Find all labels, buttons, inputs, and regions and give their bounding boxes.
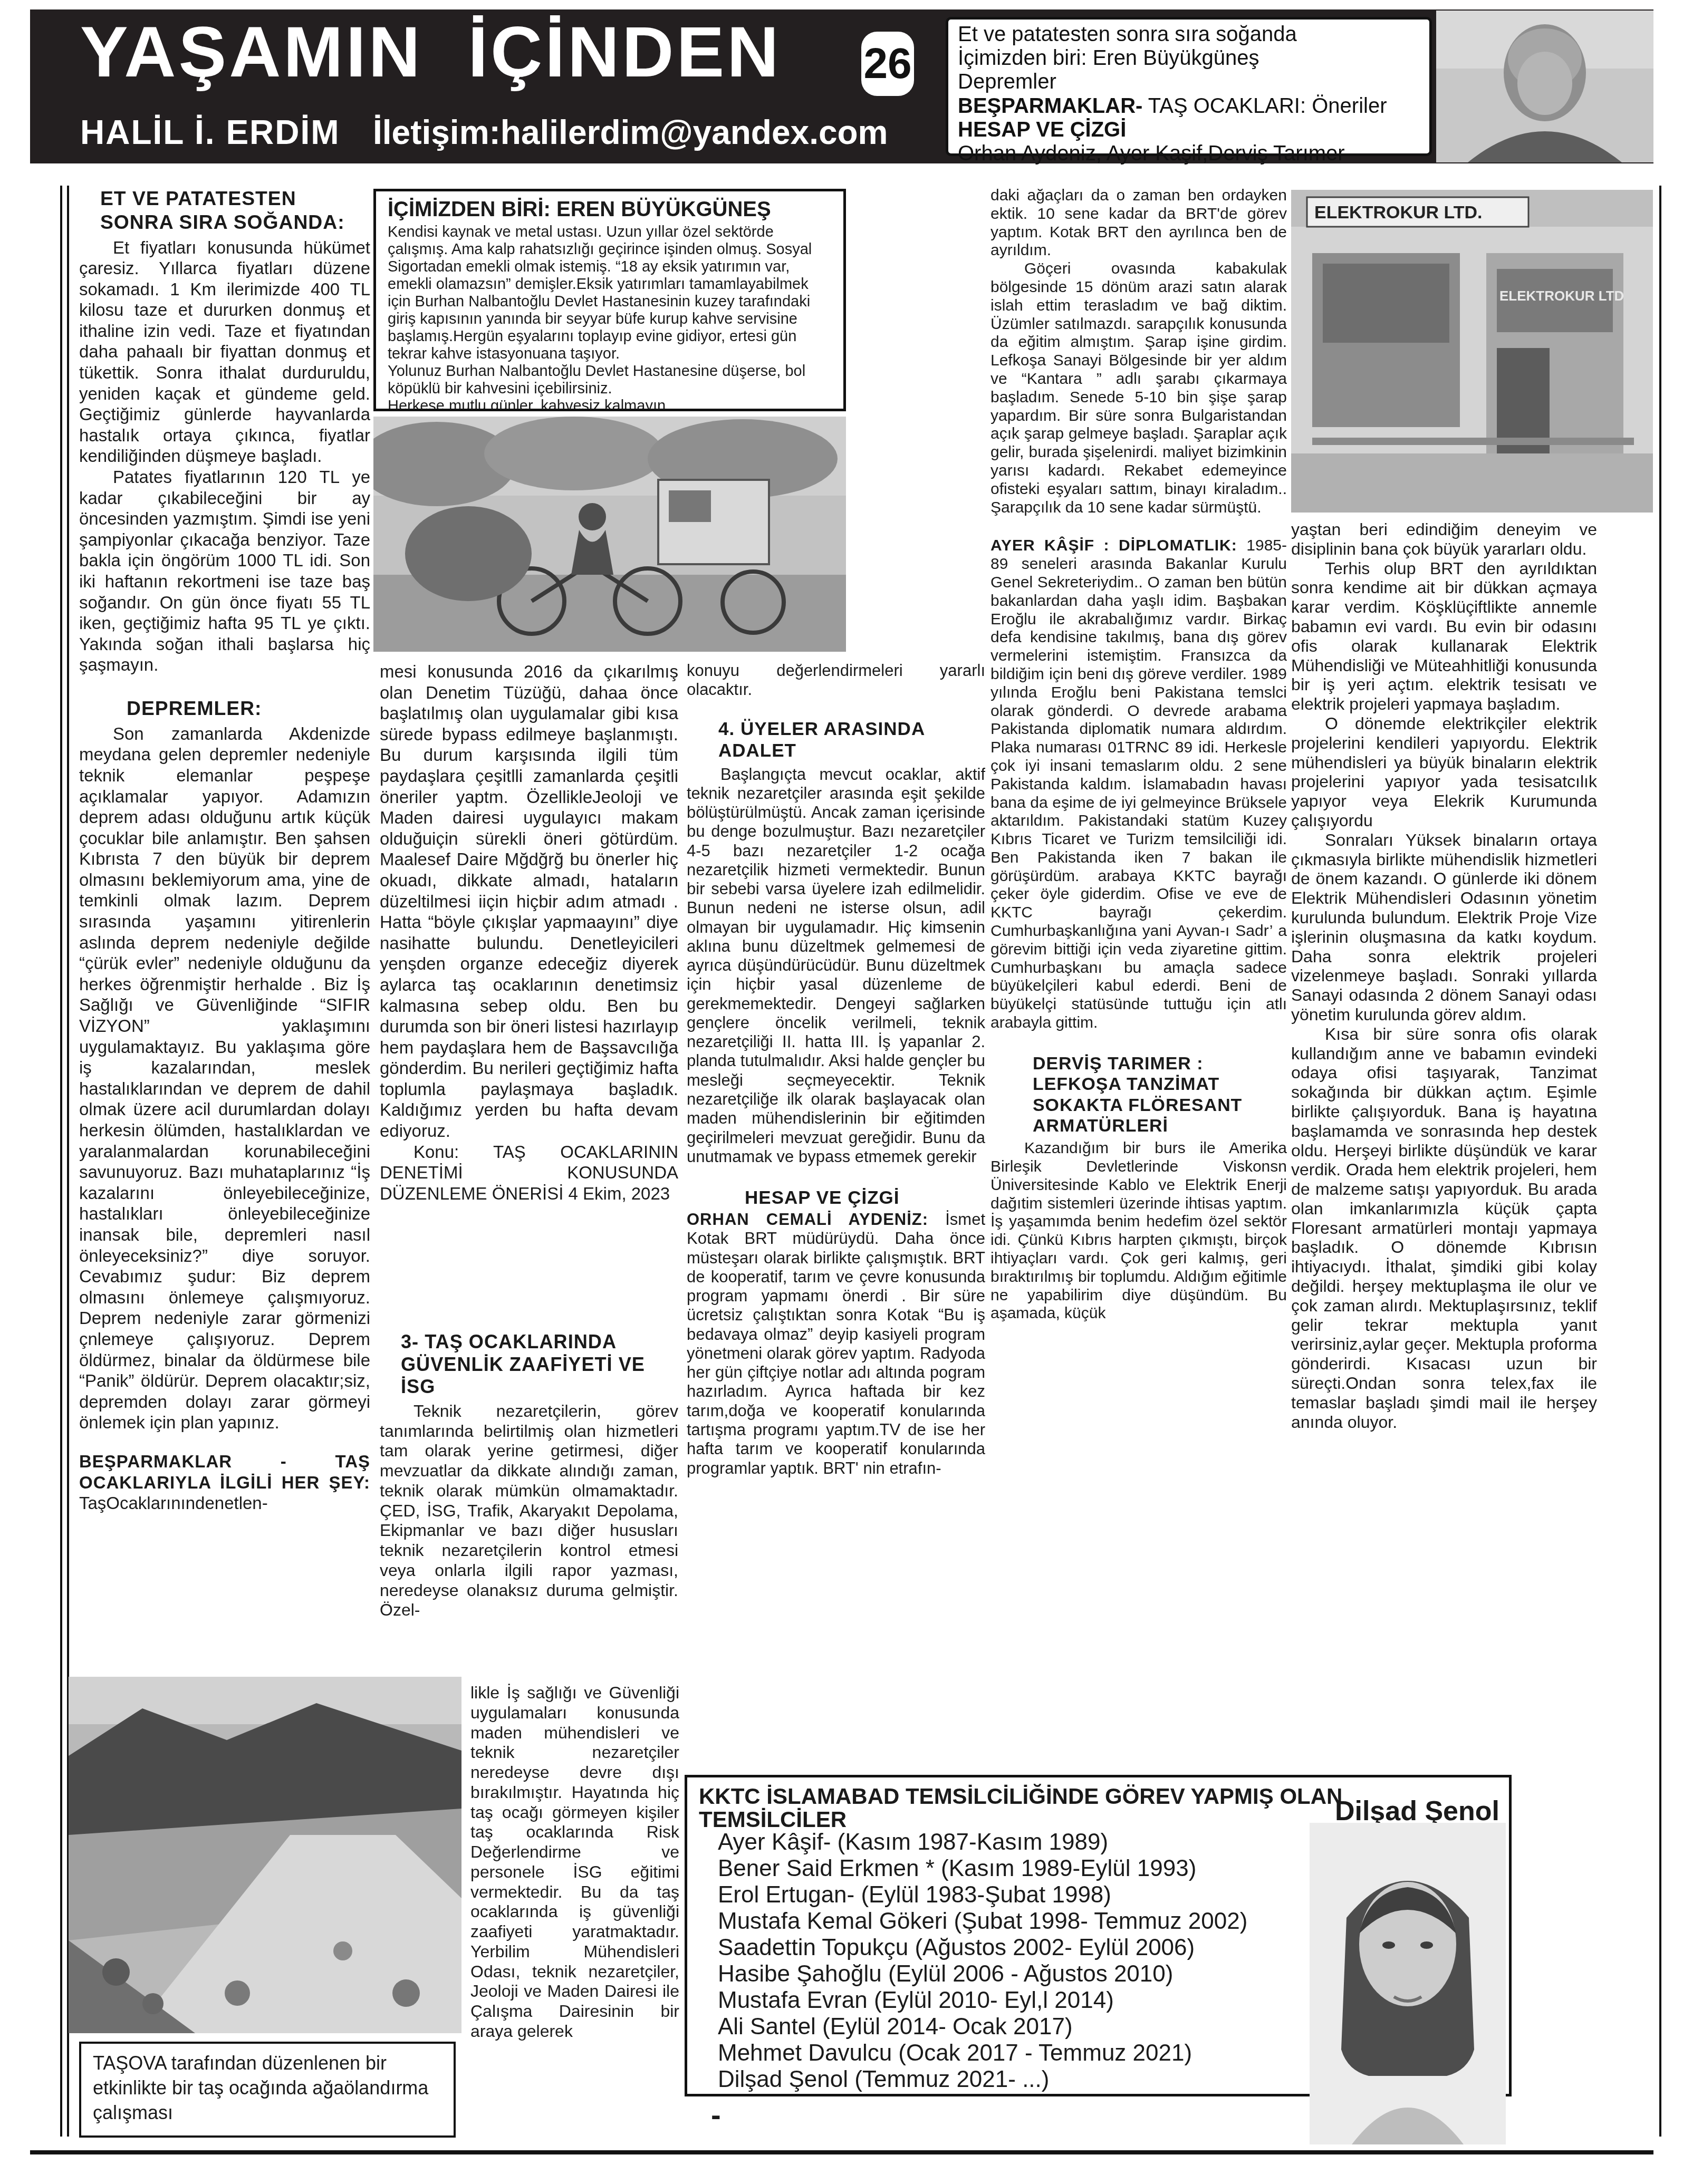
newspaper-page: YAŞAMIN İÇİNDEN 26 HALİL İ. ERDİM İletiş… — [0, 0, 1683, 2184]
article-paragraph: daki ağaçları da o zaman ben ordayken ek… — [990, 187, 1287, 260]
article-paragraph: BEŞPARMAKLAR - TAŞ OCAKLARIYLA İLGİLİ HE… — [79, 1451, 370, 1514]
run-in-heading-orhan-aydeniz: ORHAN CEMALİ AYDENİZ: — [687, 1210, 945, 1229]
topic-bold: BEŞPARMAKLAR- — [958, 94, 1142, 118]
article-paragraph: Et fiyatları konusunda hükümet çaresiz. … — [79, 237, 370, 467]
article-paragraph: Göçeri ovasında kabakulak bölgesinde 15 … — [990, 260, 1287, 517]
article-paragraph: AYER KÂŞİF : DİPLOMATLIK: 1985-89 senele… — [990, 537, 1287, 1032]
list-item: Ali Santel (Eylül 2014- Ocak 2017) — [718, 2014, 1314, 2040]
left-column-rule — [60, 186, 62, 2137]
representative-photo-name: Dilşad Şenol — [1335, 1795, 1499, 1827]
article-paragraph: Sonraları Yüksek binaların ortaya çıkmas… — [1291, 830, 1597, 1025]
list-item: Mustafa Kemal Gökeri (Şubat 1998- Temmuz… — [718, 1908, 1314, 1935]
boxed-article-icimizden-biri: İÇİMİZDEN BİRİ: EREN BÜYÜKGÜNEŞ Kendisi … — [373, 189, 846, 411]
article-paragraph: likle İş sağlığı ve Güvenliği uygulamala… — [470, 1683, 679, 2042]
dilsad-senol-photo — [1310, 1823, 1506, 2144]
article-column-3: konuyu değerlendirmeleri yararlı olacakt… — [687, 661, 985, 1770]
topic-line: Orhan Aydeniz, Ayer Kaşif,Derviş Tarımer — [958, 142, 1420, 166]
representatives-box: KKTC İSLAMABAD TEMSİLCİLİĞİNDE GÖREV YAP… — [685, 1775, 1512, 2096]
section-heading-tas-ocaklarinda: 3- TAŞ OCAKLARINDA GÜVENLİK ZAAFİYETİ VE… — [380, 1331, 678, 1398]
right-column-rule — [1659, 186, 1661, 2137]
list-item: Hasibe Şahoğlu (Eylül 2006 - Ağustos 201… — [718, 1961, 1314, 1987]
article-column-5: yaştan beri edindiğim deneyim ve disipli… — [1291, 520, 1597, 1774]
list-item: Mustafa Evran (Eylül 2010- Eyl,l 2014) — [718, 1987, 1314, 2014]
article-paragraph: Başlangıçta mevcut ocaklar, aktif teknik… — [687, 765, 985, 1167]
article-paragraph: Kazandığım bir burs ile Amerika Birleşik… — [990, 1139, 1287, 1323]
photo-caption-box: TAŞOVA tarafından düzenlenen bir etkinli… — [79, 2042, 456, 2138]
article-column-1: ET VE PATATESTEN SONRA SIRA SOĞANDA: Et … — [79, 187, 370, 1673]
footer-rule — [30, 2150, 1653, 2154]
article-paragraph: Terhis olup BRT den ayrıldıktan sonra ke… — [1291, 559, 1597, 714]
elektrokur-storefront-photo: ELEKTROKUR LTD. ELEKTROKUR LTD — [1291, 190, 1653, 513]
topics-summary-box: Et ve patatesten sonra sıra soğanda İçim… — [946, 17, 1432, 156]
section-heading-et-ve-patatesten: ET VE PATATESTEN SONRA SIRA SOĞANDA: — [79, 187, 370, 234]
elektrokur-sign-text: ELEKTROKUR LTD. — [1314, 202, 1483, 223]
author-photo — [1436, 11, 1653, 162]
section-heading-hesap-ve-cizgi: HESAP VE ÇİZGİ — [687, 1187, 985, 1209]
list-item: Bener Said Erkmen * (Kasım 1989-Eylül 19… — [718, 1856, 1314, 1882]
topic-line: Et ve patatesten sonra sıra soğanda — [958, 23, 1420, 46]
article-paragraph: Teknik nezaretçilerin, görev tanımlarınd… — [380, 1402, 678, 1620]
list-item: Mehmet Davulcu (Ocak 2017 - Temmuz 2021) — [718, 2040, 1314, 2066]
topic-line: HESAP VE ÇİZGİ — [958, 118, 1420, 142]
list-item: Erol Ertugan- (Eylül 1983-Şubat 1998) — [718, 1882, 1314, 1908]
elektrokur-window-text: ELEKTROKUR LTD — [1499, 288, 1624, 304]
list-item: Saadettin Topukçu (Ağustos 2002- Eylül 2… — [718, 1935, 1314, 1961]
section-heading-depremler: DEPREMLER: — [79, 697, 370, 720]
page-title: YAŞAMIN İÇİNDEN — [80, 11, 781, 93]
topic-line: Depremler — [958, 70, 1420, 94]
page-number-badge: 26 — [861, 32, 914, 96]
list-item: Dilşad Şenol (Temmuz 2021- ...) — [718, 2066, 1314, 2093]
author-name: HALİL İ. ERDİM — [80, 113, 340, 152]
article-paragraph: ORHAN CEMALİ AYDENİZ: İsmet Kotak BRT mü… — [687, 1210, 985, 1478]
article-paragraph: Kısa bir süre sonra ofis olarak kullandı… — [1291, 1025, 1597, 1432]
representatives-list: Ayer Kâşif- (Kasım 1987-Kasım 1989) Bene… — [718, 1829, 1314, 2093]
boxed-article-heading: İÇİMİZDEN BİRİ: EREN BÜYÜKGÜNEŞ — [388, 198, 832, 221]
run-in-body: 1985-89 seneleri arasında Bakanlar Kurul… — [990, 537, 1287, 1031]
article-column-2-wrap: likle İş sağlığı ve Güvenliği uygulamala… — [470, 1683, 679, 2129]
boxed-article-body: Kendisi kaynak ve metal ustası. Uzun yıl… — [388, 224, 832, 411]
run-in-lead: TaşOcaklarınındenetlen- — [79, 1493, 268, 1513]
article-column-2-lower: 3- TAŞ OCAKLARINDA GÜVENLİK ZAAFİYETİ VE… — [380, 1331, 678, 1681]
article-paragraph: Son zamanlarda Akdenizde meydana gelen d… — [79, 723, 370, 1433]
run-in-heading-ayer-kasif: AYER KÂŞİF : DİPLOMATLIK: — [990, 537, 1246, 554]
article-paragraph: O dönemde elektrikçiler elektrik projele… — [1291, 714, 1597, 830]
topic-line: İçimizden biri: Eren Büyükgüneş — [958, 46, 1420, 70]
coffee-cart-photo — [373, 417, 846, 652]
article-paragraph: yaştan beri edindiğim deneyim ve disipli… — [1291, 520, 1597, 559]
representatives-title: KKTC İSLAMABAD TEMSİLCİLİĞİNDE GÖREV YAP… — [699, 1785, 1358, 1831]
topic-rest: TAŞ OCAKLARI: Öneriler — [1142, 94, 1387, 118]
list-item: Ayer Kâşif- (Kasım 1987-Kasım 1989) — [718, 1829, 1314, 1856]
topic-line: BEŞPARMAKLAR- TAŞ OCAKLARI: Öneriler — [958, 94, 1420, 118]
footnote-dash: - — [711, 2098, 721, 2132]
article-paragraph-konu: Konu: TAŞ OCAKLARININ DENETİMİ KONUSUNDA… — [380, 1142, 678, 1204]
masthead: YAŞAMIN İÇİNDEN 26 HALİL İ. ERDİM İletiş… — [30, 9, 1653, 163]
section-heading-dervis-tarimer: DERVİŞ TARIMER : LEFKOŞA TANZİMAT SOKAKT… — [990, 1054, 1287, 1136]
run-in-body: İsmet Kotak BRT müdürüydü. Daha önce müs… — [687, 1210, 985, 1477]
article-paragraph: mesi konusunda 2016 da çıkarılmış olan D… — [380, 661, 678, 1142]
photo-caption: TAŞOVA tarafından düzenlenen bir etkinli… — [93, 2052, 428, 2123]
article-paragraph: Patates fiyatlarının 120 TL ye kadar çık… — [79, 467, 370, 675]
article-column-4: daki ağaçları da o zaman ben ordayken ek… — [990, 187, 1287, 1770]
run-in-heading-besparmaklar: BEŞPARMAKLAR - TAŞ OCAKLARIYLA İLGİLİ HE… — [79, 1452, 370, 1492]
section-heading-uyeler-arasinda: 4. ÜYELER ARASINDA ADALET — [687, 719, 985, 762]
quarry-photo — [69, 1677, 461, 2033]
article-paragraph: konuyu değerlendirmeleri yararlı olacakt… — [687, 661, 985, 700]
contact-email: İletişim:halilerdim@yandex.com — [373, 113, 888, 152]
article-column-2-upper: mesi konusunda 2016 da çıkarılmış olan D… — [380, 661, 678, 1325]
